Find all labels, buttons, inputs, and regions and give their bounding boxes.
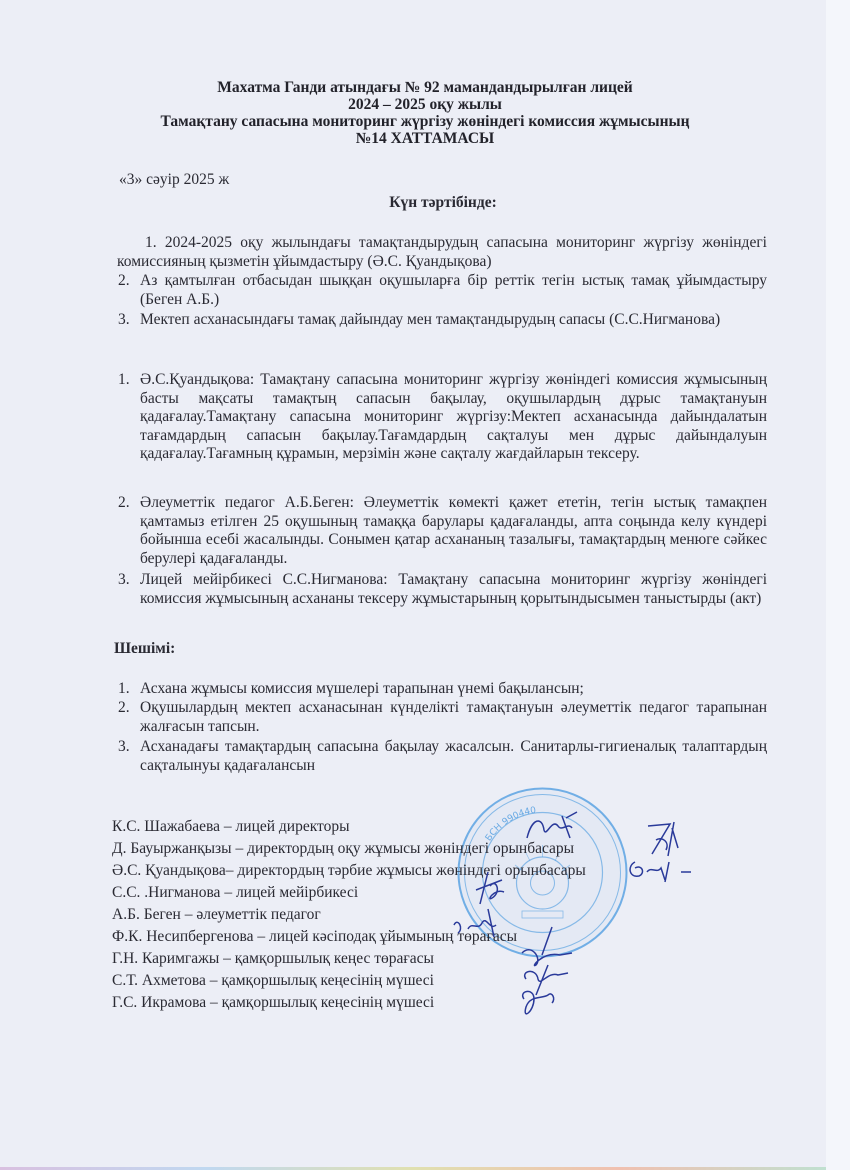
agenda-item-number: 3. [118, 311, 130, 330]
decision-item-number: 3. [118, 738, 130, 757]
discussion-item-number: 3. [118, 571, 130, 590]
signature-nurse-icon [470, 868, 510, 908]
discussion-item-1: 1. Ә.С.Қуандықова: Тамақтану сапасына мо… [140, 371, 767, 464]
signatory-3: Ә.С. Қуандықова– директордың тәрбие жұмы… [112, 861, 586, 881]
decision-item-2: 2. Оқушылардың мектеп асханасынан күндел… [140, 699, 767, 736]
agenda-item-text: Аз қамтылған отбасыдан шыққан оқушыларға… [140, 272, 767, 308]
decision-item-3: 3. Асханадағы тамақтардың сапасына бақыл… [140, 738, 767, 775]
signatory-5: А.Б. Беген – әлеуметтік педагог [112, 905, 321, 925]
document-date: «3» сәуір 2025 ж [119, 171, 229, 189]
agenda-item-1: 1. 2024-2025 оқу жылындағы тамақтандыруд… [117, 234, 767, 271]
signature-social-pedagogue-icon [450, 905, 510, 940]
document-title: Махатма Ганди атындағы № 92 мамандандыры… [100, 79, 750, 147]
agenda-item-text: Мектеп асханасындағы тамақ дайындау мен … [140, 311, 720, 328]
scan-edge [826, 0, 850, 1170]
school-name: Махатма Ганди атындағы № 92 мамандандыры… [100, 79, 750, 96]
signatory-4: С.С. .Нигманова – лицей мейірбикесі [112, 883, 358, 903]
decision-item-text: Оқушылардың мектеп асханасынан күнделікт… [140, 699, 767, 735]
signatory-2: Д. Бауыржанқызы – директордың оқу жұмысы… [112, 839, 574, 859]
signature-trustees-icon [512, 925, 582, 1025]
signature-deputy-2-icon [625, 856, 705, 884]
agenda-item-number: 2. [118, 272, 130, 291]
protocol-number: №14 ХАТТАМАСЫ [100, 130, 750, 147]
signature-director-icon [522, 808, 582, 848]
agenda-heading: Күн тәртібінде: [0, 194, 826, 212]
discussion-item-text: Ә.С.Қуандықова: Тамақтану сапасына монит… [140, 371, 767, 462]
decision-heading: Шешімі: [114, 640, 175, 658]
discussion-item-number: 2. [118, 494, 130, 513]
discussion-item-2: 2. Әлеуметтік педагог А.Б.Беген: Әлеумет… [140, 494, 767, 568]
academic-year: 2024 – 2025 оқу жылы [100, 96, 750, 113]
discussion-item-number: 1. [118, 371, 130, 390]
signature-deputy-1-icon [640, 818, 690, 860]
discussion-item-3: 3. Лицей мейірбикесі С.С.Нигманова: Тама… [140, 571, 767, 608]
decision-item-text: Асхана жұмысы комиссия мүшелері тарапына… [140, 680, 584, 697]
commission-name: Тамақтану сапасына мониторинг жүргізу жө… [100, 113, 750, 130]
agenda-item-2: 2. Аз қамтылған отбасыдан шыққан оқушыла… [140, 272, 767, 309]
decision-item-1: 1. Асхана жұмысы комиссия мүшелері тарап… [140, 680, 767, 699]
signatory-8: С.Т. Ахметова – қамқоршылық кеңесінің мү… [112, 971, 434, 991]
agenda-item-number: 1. [145, 234, 157, 251]
signatory-7: Г.Н. Каримгажы – қамқоршылық кеңес төрағ… [112, 949, 434, 969]
agenda-item-text: 2024-2025 оқу жылындағы тамақтандырудың … [117, 234, 767, 270]
agenda-item-3: 3. Мектеп асханасындағы тамақ дайындау м… [140, 311, 767, 330]
discussion-item-text: Лицей мейірбикесі С.С.Нигманова: Тамақта… [140, 571, 767, 607]
decision-item-number: 2. [118, 699, 130, 718]
signatory-9: Г.С. Икрамова – қамқоршылық кеңесінің мү… [112, 993, 434, 1013]
decision-item-text: Асханадағы тамақтардың сапасына бақылау … [140, 738, 767, 774]
discussion-item-text: Әлеуметтік педагог А.Б.Беген: Әлеуметтік… [140, 494, 767, 567]
signatory-1: К.С. Шажабаева – лицей директоры [112, 817, 350, 837]
decision-item-number: 1. [118, 680, 130, 699]
